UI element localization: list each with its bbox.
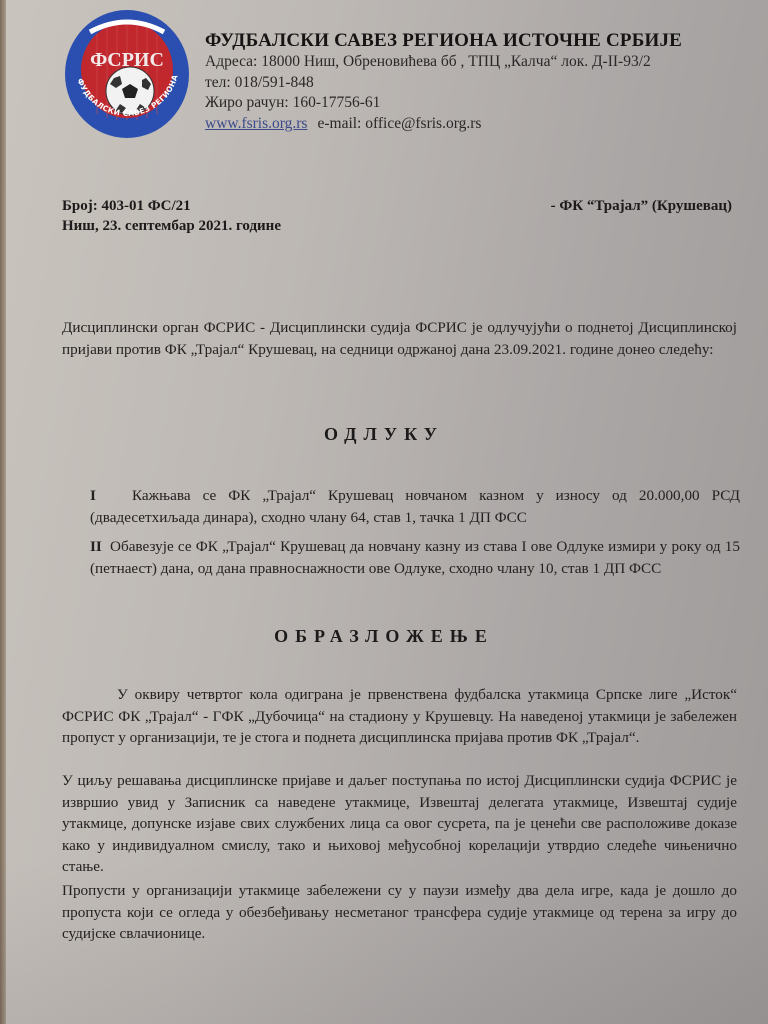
phone: тел: 018/591-848 — [205, 73, 705, 94]
reasoning-paragraph-1: У оквиру четвртог кола одиграна је првен… — [62, 684, 737, 749]
item-text: Кажњава се ФК „Трајал“ Крушевац новчаном… — [90, 487, 740, 526]
email: e-mail: office@fsris.org.rs — [317, 115, 481, 132]
intro-paragraph: Дисциплински орган ФСРИС - Дисциплински … — [62, 317, 737, 360]
contact-line: www.fsris.org.rse-mail: office@fsris.org… — [205, 114, 705, 135]
decision-item-1: IКажњава се ФК „Трајал“ Крушевац новчано… — [90, 485, 740, 528]
reference-block: Број: 403-01 ФС/21 Ниш, 23. септембар 20… — [62, 196, 281, 236]
reasoning-paragraph-2: У циљу решавања дисциплинске пријаве и д… — [62, 770, 737, 878]
organization-title: ФУДБАЛСКИ САВЕЗ РЕГИОНА ИСТОЧНЕ СРБИЈЕ — [205, 30, 705, 52]
website-link[interactable]: www.fsris.org.rs — [205, 115, 307, 132]
reasoning-heading: ОБРАЗЛОЖЕЊЕ — [0, 626, 768, 647]
page-edge — [0, 0, 6, 1024]
reasoning-paragraph-3: Пропусти у организацији утакмице забележ… — [62, 880, 737, 945]
recipient: - ФК “Трајал” (Крушевац) — [551, 196, 732, 216]
item-text: Обавезује се ФК „Трајал“ Крушевац да нов… — [90, 538, 740, 577]
letterhead: ФУДБАЛСКИ САВЕЗ РЕГИОНА ИСТОЧНЕ СРБИЈЕ А… — [205, 30, 705, 134]
item-numeral: I — [90, 485, 132, 507]
decision-heading: ОДЛУКУ — [0, 424, 768, 445]
reference-number: Број: 403-01 ФС/21 — [62, 196, 281, 216]
place-date: Ниш, 23. септембар 2021. године — [62, 216, 281, 236]
address: Адреса: 18000 Ниш, Обреновићева бб , ТПЦ… — [205, 52, 705, 73]
bank-account: Жиро рачун: 160-17756-61 — [205, 93, 705, 114]
decision-item-2: IIОбавезује се ФК „Трајал“ Крушевац да н… — [90, 536, 740, 579]
fsris-logo: ФСРИС ФУДБАЛСКИ САВЕЗ РЕГИОНА ИСТОЧНЕ СР… — [62, 4, 192, 140]
item-numeral: II — [90, 536, 110, 558]
